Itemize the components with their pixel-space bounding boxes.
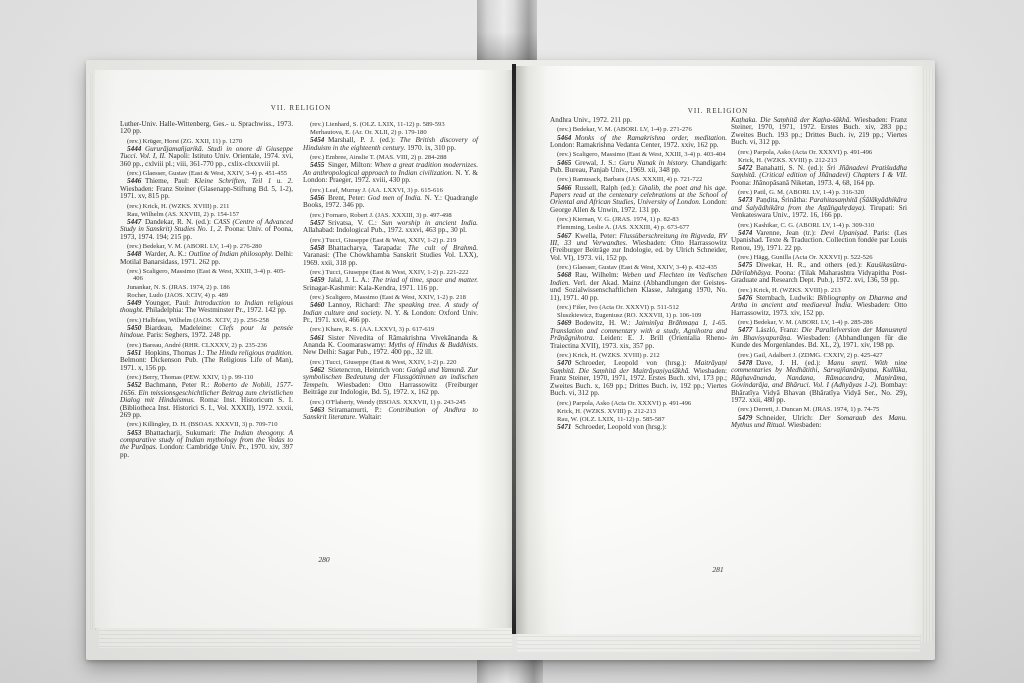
review-line: (rev.) Glaesser, Gustav (East & West, XX… (550, 264, 727, 271)
right-page-number: 281 (694, 565, 742, 574)
entry-title: Gururājamañjarikā. Studi in onore di Giu… (120, 145, 293, 160)
review-line: (rev.) Parpola, Asko (Acta Or. XXXVI) p.… (731, 149, 907, 156)
entry-number: 5464 (557, 134, 575, 142)
bibliography-entry: 5456 Brent, Peter: God men of India. N. … (303, 195, 478, 210)
entry-number: 5458 (310, 244, 328, 252)
entry-title: The British discovery of Hinduism in the… (303, 136, 478, 151)
book-gutter (512, 64, 516, 634)
bibliography-entry: 5477 László, Franz: Die Parallelversion … (731, 327, 907, 349)
entry-title: Die Parallelversion der Manusmṛti im Bha… (731, 326, 907, 341)
bibliography-entry: 5474 Varenne, Jean (tr.): Devi Upaniṣad.… (731, 230, 907, 252)
bibliography-entry: 5472 Banahatti, S. N. (ed.): Śri Jñānade… (731, 165, 907, 187)
entry-number: 5456 (310, 194, 328, 202)
review-line: Merhautova, E. (Ar. Or. XLII, 2) p. 179-… (303, 129, 478, 136)
bibliography-entry: 5476 Sternbach, Ludwik: Bibliography on … (731, 295, 907, 317)
entry-number: 5474 (738, 229, 756, 237)
bibliography-entry: Andhra Univ., 1972. 211 pp. (550, 117, 727, 124)
review-line: (rev.) Bedekar, V. M. (ABORI. LV, 1-4) p… (550, 126, 727, 133)
bibliography-entry: 5444 Gururājamañjarikā. Studi in onore d… (120, 146, 293, 168)
bibliography-entry: 5452 Bachmann, Peter R.: Roberto de Nobi… (120, 382, 293, 419)
entry-title: The cult of Brahmā. (408, 244, 478, 252)
review-line: (rev.) Bedekar, V. M. (ABORI. LV, 1-4) p… (731, 319, 907, 326)
bibliography-entry: 5453 Bhattacharji, Sukumari: The Indian … (120, 430, 293, 460)
bibliography-entry: Luther-Univ. Halle-Wittenberg, Ges.- u. … (120, 121, 293, 136)
review-line: Flemming, Leslie A. (JAS. XXXIII, 4) p. … (550, 224, 727, 231)
review-line: Rocher, Ludo (JAOS. XCIV, 4) p. 489 (120, 292, 293, 299)
entry-title: Bibliography on Dharma and Artha in anci… (731, 294, 907, 309)
bibliography-entry: 5470 Schroeder, Leopold von (hrsg.): Mai… (550, 360, 727, 397)
entry-title: Monks of the Ramakrishna order, meditati… (575, 134, 727, 142)
entry-title: The Hindu religious tradition. (206, 349, 293, 357)
entry-title: God men of India. (368, 194, 423, 202)
page-edges-bottom-left (99, 627, 512, 648)
entry-number: 5446 (127, 177, 145, 185)
review-line: (rev.) Tucci, Giuseppe (East & West, XXI… (303, 359, 478, 366)
entry-title: Myths of Hindus & Buddhists. (388, 341, 478, 349)
entry-title: The Indian theogony. A comparative study… (120, 429, 293, 452)
bibliography-entry: 5446 Thieme, Paul: Kleine Schriften, Tei… (120, 178, 293, 200)
review-line: (rev.) Kashikar, C. G. (ABORI. LV, 1-4) … (731, 222, 907, 229)
entry-title: The triad of time, space and matter. (372, 276, 478, 284)
entry-title: Manu smṛti. With nine commentaries by Me… (731, 359, 907, 389)
bibliography-entry: 5448 Warder, A. K.: Outline of Indian ph… (120, 251, 293, 266)
entry-title: Devi Upaniṣad. (821, 229, 869, 237)
entry-number: 5471 (557, 423, 575, 431)
bibliography-entry: 5462 Stietencron, Heinrich von: Gaṅgā un… (303, 367, 478, 397)
review-line: (rev.) Khare, R. S. (AA. LXXVI, 3) p. 61… (303, 326, 478, 333)
entry-title: Parahitasaṃhitā (Śālākyādhikāra and Śaly… (731, 196, 907, 211)
review-line: (rev.) Derrett, J. Duncan M. (JRAS. 1974… (731, 406, 907, 413)
bibliography-entry: 5473 Paṇḍita, Śrinātha: Parahitasaṃhitā … (731, 197, 907, 219)
review-line: (rev.) Lienhard, S. (OLZ. LXIX, 11-12) p… (303, 121, 478, 128)
entry-title: Jaiminīya Brāhmaṇa I, 1-65. Translation … (550, 319, 727, 342)
entry-title: Gaṅgā und Yamunā. Zur symbolischen Bedeu… (303, 366, 478, 389)
entry-title: Śri Jñānadevi Pratiśuddha Saṃhitā. (Crit… (731, 164, 907, 179)
review-line: (rev.) Bedekar, V. M. (ABORI. LV, 1-4) p… (120, 243, 293, 250)
review-line: (rev.) Halbfass, Wilhelm (JAOS. XCIV, 2)… (120, 317, 293, 324)
bibliography-entry: 5454 Marshall, P. J. (ed.): The British … (303, 137, 478, 152)
review-line: Junankar, N. S. (JRAS. 1974, 2) p. 186 (120, 284, 293, 291)
review-line: (rev.) Krick, H. (WZKS. XVIII) p. 212 (550, 352, 727, 359)
bibliography-entry: 5464 Monks of the Ramakrishna order, med… (550, 135, 727, 150)
review-line: (rev.) Glaesser, Gustav (East & West, XX… (120, 170, 293, 177)
entry-title: Der Somaraub des Manu. Mythus und Ritual… (731, 414, 907, 429)
review-line: (rev.) Krick, H. (WZKS. XVIII) p. 213 (731, 287, 907, 294)
review-line: Rau, W. (OLZ. LXIX, 11-12) p. 585-587 (550, 416, 727, 423)
bibliography-entry: 5461 Sister Nivedita of Rāmakrishna Vive… (303, 335, 478, 357)
book-photo: VII. RELIGION VII. RELIGION Luther-Univ.… (0, 0, 1024, 683)
bibliography-entry: 5450 Biardeau, Madeleine: Clefs pour la … (120, 325, 293, 340)
entry-title: Maitrāyaṇi Saṃhitā. Die Saṃhitā der Mait… (550, 359, 727, 374)
left-page-header: VII. RELIGION (234, 104, 368, 112)
entry-title: Kleine Schriften, Teil 1 u. 2. (194, 177, 293, 185)
entry-title: When a great tradition modernizes. An an… (303, 161, 478, 176)
bibliography-entry: 5467 Kwella, Peter: Flussüberschreitung … (550, 233, 727, 263)
review-line: (rev.) Fišer, Ivo (Acta Or. XXXVI) p. 51… (550, 304, 727, 311)
review-line: (rev.) Gail, Adalbert J. (ZDMG. CXXIV, 2… (731, 352, 907, 359)
review-line: Sluszkiewicz, Eugeniusz (RO. XXXVII, 1) … (550, 312, 727, 319)
entry-title: Kaṭhaka. Die Saṃhitā der Kaṭha-śākhā. (731, 116, 851, 124)
review-line: (rev.) Krüger, Horst (ZG. XXII, 11) p. 1… (120, 138, 293, 145)
review-line: (rev.) Ramusack, Barbara (JAS. XXXIII, 4… (550, 176, 727, 183)
left-page-number: 280 (300, 555, 348, 564)
bibliography-entry: 5469 Bodewitz, H. W.: Jaiminīya Brāhmaṇa… (550, 320, 727, 350)
review-line: Rau, Wilhelm (AS. XXVIII, 2) p. 154-157 (120, 211, 293, 218)
bibliography-entry: 5468 Rau, Wilhelm: Weben und Flechten im… (550, 272, 727, 302)
bibliography-entry: 5458 Bhattacharya, Tarapada: The cult of… (303, 245, 478, 267)
bibliography-entry: 5463 Sriramamurti, P.: Contribution of A… (303, 407, 478, 422)
entry-title: Outline of Indian philosophy. (189, 250, 274, 258)
bibliography-column-3: Andhra Univ., 1972. 211 pp.(rev.) Bedeka… (550, 117, 727, 433)
entry-title: Flussüberschreitung im Rigveda, RV III, … (550, 232, 727, 247)
bibliography-entry: 5457 Srivatsa, V. C.: Sun worship in anc… (303, 220, 478, 235)
bibliography-entry: 5466 Russell, Ralph (ed.): Ghalib, the p… (550, 185, 727, 215)
review-line: (rev.) Hägg, Gunilla (Acta Or. XXXVI) p.… (731, 254, 907, 261)
review-line: (rev.) Parpola, Asko (Acta Or. XXXVI) p.… (550, 400, 727, 407)
bibliography-entry: 5455 Singer, Milton: When a great tradit… (303, 162, 478, 184)
bibliography-entry: 5479 Schneider, Ulrich: Der Somaraub des… (731, 415, 907, 430)
page-edges-bottom-right (517, 633, 920, 652)
entry-number: 5465 (557, 159, 575, 167)
entry-title: Weben und Flechten im Vedischen Indien. (550, 271, 727, 286)
review-line: (rev.) Embree, Ainslie T. (MAS. VIII, 2)… (303, 154, 478, 161)
bibliography-entry: 5449 Younger, Paul: Introduction to Indi… (120, 300, 293, 315)
entry-title: Clefs pour la pensée hindoue. (120, 324, 293, 339)
bibliography-entry: 5451 Hopkins, Thomas J.: The Hindu relig… (120, 350, 293, 372)
review-line: (rev.) Scaligero, Massimo (East & West, … (303, 294, 478, 301)
bibliography-entry: 5475 Diwekar, H. R., and others (ed.): K… (731, 262, 907, 284)
bibliography-entry: 5459 Jalal, J. L. A.: The triad of time,… (303, 277, 478, 292)
entry-title: Ghalib, the poet and his age. Papers rea… (550, 184, 727, 207)
review-line: (rev.) Scaligero, Massimo (East & West, … (550, 151, 727, 158)
review-line: (rev.) Scaligero, Massimo (East & West, … (120, 268, 293, 282)
entry-title: CASS (Centre of Advanced Study in Sanskr… (120, 218, 293, 233)
bibliography-entry: 5465 Grewal, J. S.: Guru Nanak in histor… (550, 160, 727, 175)
bibliography-entry: 5460 Lannoy, Richard: The speaking tree.… (303, 302, 478, 324)
bibliography-column-1: Luther-Univ. Halle-Wittenberg, Ges.- u. … (120, 121, 293, 461)
review-line: (rev.) Leaf, Murray J. (AA. LXXVI, 3) p.… (303, 187, 478, 194)
bibliography-entry: 5478 Dave, J. H. (ed.): Manu smṛti. With… (731, 360, 907, 405)
entry-title: Roberto de Nobili, 1577-1656. Ein missio… (120, 381, 293, 404)
review-line: (rev.) Killingley, D. H. (BSOAS. XXXVII,… (120, 421, 293, 428)
review-line: (rev.) Tucci, Giuseppe (East & West, XXI… (303, 237, 478, 244)
bibliography-column-2: (rev.) Lienhard, S. (OLZ. LXIX, 11-12) p… (303, 121, 478, 424)
entry-title: Introduction to Indian religious thought… (120, 299, 293, 314)
bibliography-entry: Kaṭhaka. Die Saṃhitā der Kaṭha-śākhā. Wi… (731, 117, 907, 147)
review-line: Krick, H. (WZKS. XVIII) p. 212-213 (550, 408, 727, 415)
entry-number: 5461 (310, 334, 328, 342)
entry-number: 5451 (127, 349, 145, 357)
entry-number: 5457 (310, 219, 328, 227)
review-line: (rev.) Krick, H. (WZKS. XVIII) p. 211 (120, 203, 293, 210)
entry-title: The speaking tree. A study of Indian cul… (303, 301, 478, 316)
review-line: (rev.) Kiernan, V. G. (JRAS. 1974, 1) p.… (550, 216, 727, 223)
review-line: (rev.) O'Flaherty, Wendy (BSOAS. XXXVII,… (303, 399, 478, 406)
review-line: (rev.) Berry, Thomas (PEW. XXIV, 1) p. 9… (120, 374, 293, 381)
entry-title: Contribution of Andhra to Sanskrit liter… (303, 406, 478, 421)
bibliography-entry: 5447 Dandekar, R. N. (ed.): CASS (Centre… (120, 219, 293, 241)
bibliography-entry: 5471 Schroeder, Leopold von (hrsg.): (550, 424, 727, 431)
entry-number: 5448 (127, 250, 145, 258)
entry-title: Sun worship in ancient India. (382, 219, 478, 227)
entry-number: 5459 (310, 276, 328, 284)
right-page-header: VII. RELIGION (650, 107, 786, 115)
review-line: (rev.) Bareau, André (RHR. CLXXXV, 2) p.… (120, 342, 293, 349)
review-line: (rev.) Tucci, Giuseppe (East & West, XXI… (303, 269, 478, 276)
entry-title: Guru Nanak in history. (619, 159, 689, 167)
entry-title: Kauśikasūtra-Dārilabhāṣya. (731, 261, 907, 276)
bibliography-column-4: Kaṭhaka. Die Saṃhitā der Kaṭha-śākhā. Wi… (731, 117, 907, 431)
page-edges-right (921, 70, 933, 642)
review-line: Krick, H. (WZKS. XVIII) p. 212-213 (731, 157, 907, 164)
review-line: (rev.) Fornaro, Robert J. (JAS. XXXIII, … (303, 212, 478, 219)
